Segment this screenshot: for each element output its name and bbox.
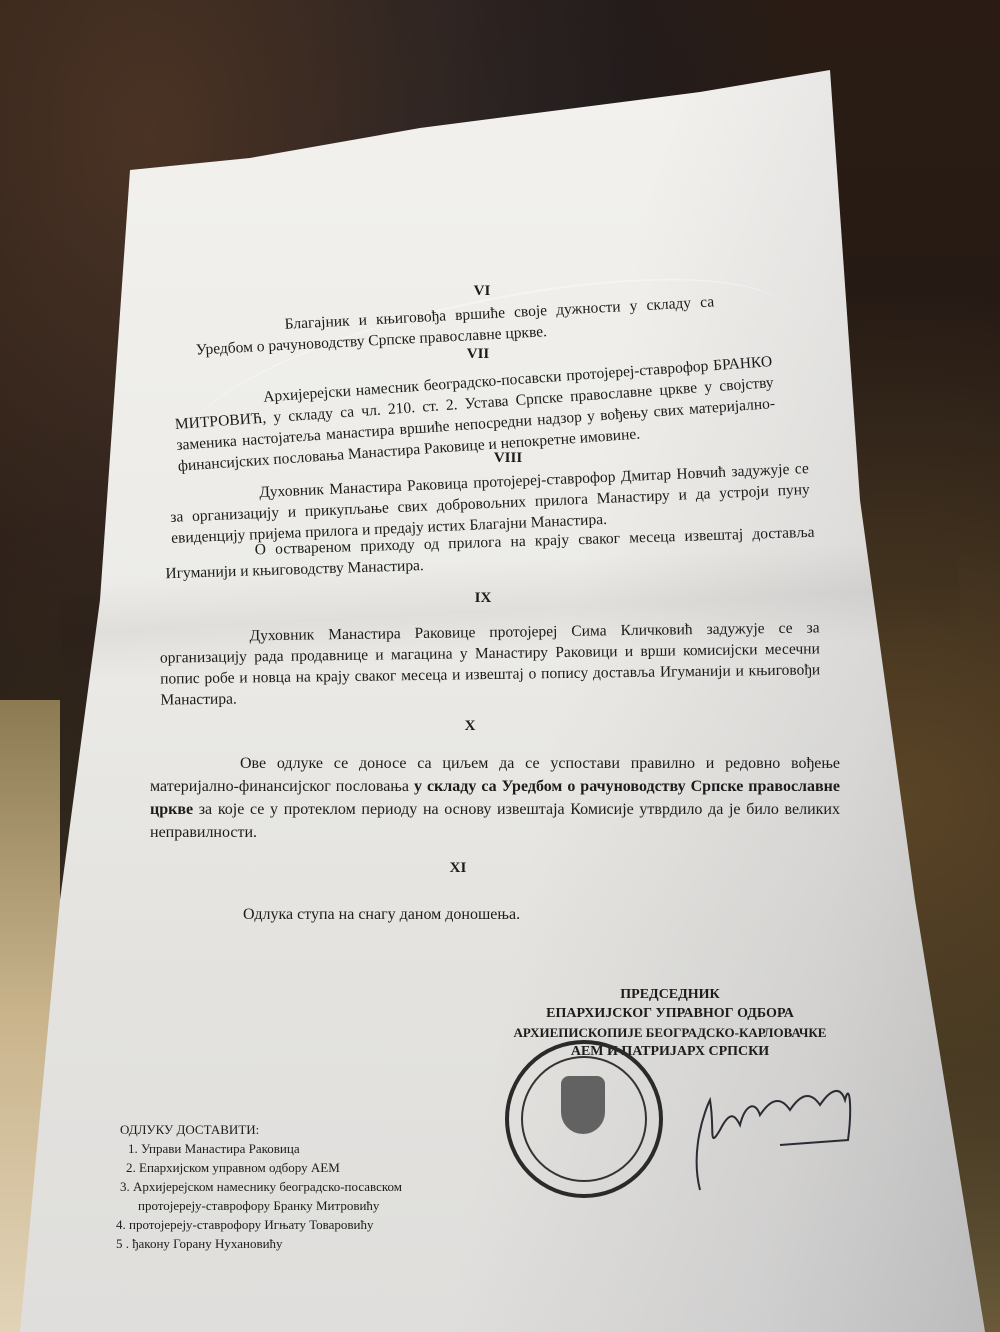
section-number: VII <box>448 346 508 363</box>
signatory-line: ПРЕДСЕДНИК <box>470 985 870 1004</box>
paragraph-part: за које се у протеклом периоду на основу… <box>150 801 840 841</box>
distribution-heading: ОДЛУКУ ДОСТАВИТИ: <box>120 1120 402 1139</box>
section-paragraph: Архијерејски намесник београдско-посавск… <box>173 351 777 477</box>
section-number: X <box>440 718 500 735</box>
coat-of-arms-icon <box>561 1076 605 1134</box>
section-paragraph: Духовник Манастира Раковице протојереј С… <box>159 617 820 710</box>
list-item: протојереју-ставрофору Бранку Митровићу <box>120 1196 402 1215</box>
list-item: 3. Архијерејском намеснику београдско-по… <box>120 1177 402 1196</box>
signatory-line: АЕМ И ПАТРИЈАРХ СРПСКИ <box>470 1042 870 1061</box>
list-item: 4. протојереју-ставрофору Игњату Товаров… <box>116 1215 402 1234</box>
section-number: VIII <box>478 450 538 467</box>
list-item: 2. Епархијском управном одбору АЕМ <box>120 1158 402 1177</box>
distribution-list: ОДЛУКУ ДОСТАВИТИ: 1. Управи Манастира Ра… <box>120 1120 402 1253</box>
section-paragraph: Одлука ступа на снагу даном доношења. <box>243 904 743 925</box>
list-item: 1. Управи Манастира Раковица <box>120 1139 402 1158</box>
official-stamp <box>505 1040 663 1198</box>
signatory-line: ЕПАРХИЈСКОГ УПРАВНОГ ОДБОРА <box>470 1004 870 1023</box>
section-number: IX <box>453 590 513 607</box>
section-paragraph: Ове одлуке се доносе са циљем да се успо… <box>150 752 840 844</box>
signature <box>680 1070 870 1200</box>
list-item: 5 . ђакону Горану Нухановићу <box>116 1234 402 1253</box>
document-content: VI Благајник и књиговођа вршиће своје ду… <box>0 0 1000 1332</box>
section-number: VI <box>452 283 512 300</box>
signatory-block: ПРЕДСЕДНИК ЕПАРХИЈСКОГ УПРАВНОГ ОДБОРА А… <box>470 985 870 1061</box>
signatory-line: АРХИЕПИСКОПИЈЕ БЕОГРАДСКО-КАРЛОВАЧКЕ <box>470 1023 870 1042</box>
section-number: XI <box>428 860 488 877</box>
